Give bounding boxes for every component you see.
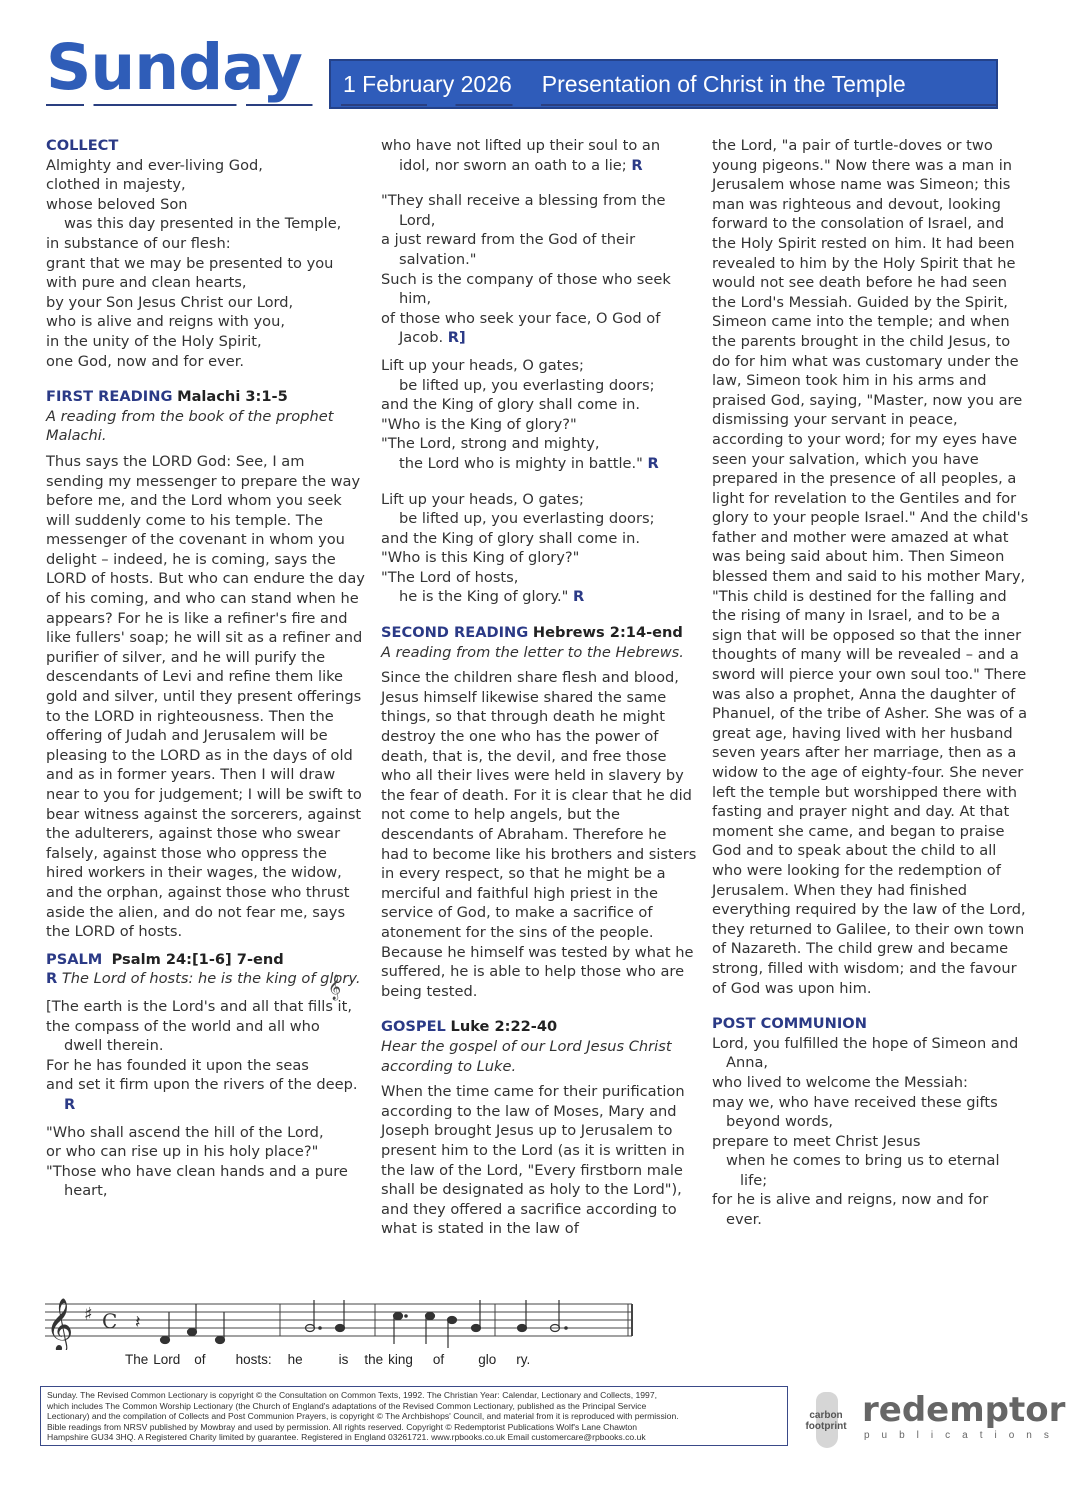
verse-line: with pure and clean hearts, (46, 273, 366, 293)
psalm-response: The Lord of hosts: he is the king of glo… (62, 970, 361, 987)
copyright-line: Sunday. The Revised Common Lectionary is… (47, 1390, 781, 1401)
svg-text:𝄞: 𝄞 (46, 1297, 73, 1350)
verse-line: who have not lifted up their soul to an (381, 136, 697, 156)
response-marker: R] (448, 329, 466, 346)
carbon-label: carbon footprint (800, 1410, 852, 1432)
lyric: hosts: (236, 1352, 272, 1367)
svg-text:𝄽: 𝄽 (135, 1312, 141, 1333)
second-reading-intro: A reading from the letter to the Hebrews… (381, 643, 697, 663)
carbon-footprint-icon: carbon footprint (800, 1396, 852, 1446)
prayer-line: beyond words, (712, 1112, 1030, 1132)
verse-line: Jacob. R] (381, 328, 697, 348)
verse-line: of those who seek your face, O God of (381, 309, 697, 329)
psalm-stanza-1: [The earth is the Lord's and all that fi… (46, 997, 366, 1095)
verse-line: a just reward from the God of their (381, 230, 697, 250)
verse-line: salvation." (381, 250, 697, 270)
lyric: Lord (153, 1352, 180, 1367)
copyright-line: Hampshire GU34 3HQ. A Registered Charity… (47, 1432, 781, 1443)
psalm-title: PSALM (46, 951, 102, 968)
psalm-stanza-4: Lift up your heads, O gates;be lifted up… (381, 356, 697, 474)
verse-line: and the King of glory shall come in. (381, 529, 697, 549)
brand-name: redemptorist (862, 1390, 1067, 1430)
verse-line: "Who is the King of glory?" (381, 415, 697, 435)
lyric: glo (478, 1352, 496, 1367)
verse-line: be lifted up, you everlasting doors; (381, 376, 697, 396)
verse-line: heart, (46, 1181, 366, 1201)
lyric: The (125, 1352, 148, 1367)
first-reading-intro: A reading from the book of the prophet M… (46, 407, 366, 446)
publisher-logo: carbon footprint redemptorist publicatio… (800, 1388, 1040, 1448)
svg-text:C: C (102, 1309, 117, 1333)
verse-line: "Who shall ascend the hill of the Lord, (46, 1123, 366, 1143)
verse-line: clothed in majesty, (46, 175, 366, 195)
first-reading-section: FIRST READING Malachi 3:1-5 A reading fr… (46, 387, 366, 942)
verse-line: the Lord who is mighty in battle." R (381, 454, 697, 474)
date-label: 1 February 2026 (343, 71, 512, 98)
post-communion-body: Lord, you fulfilled the hope of Simeon a… (712, 1034, 1030, 1230)
verse-line: be lifted up, you everlasting doors; (381, 509, 697, 529)
lyric: king (388, 1352, 413, 1367)
verse-line: Lord, (381, 211, 697, 231)
prayer-line: may we, who have received these gifts (712, 1093, 1030, 1113)
gospel-title: GOSPEL (381, 1018, 446, 1035)
collect-section: COLLECT Almighty and ever-living God,clo… (46, 136, 366, 371)
collect-body: Almighty and ever-living God,clothed in … (46, 156, 366, 372)
prayer-line: when he comes to bring us to eternal (712, 1151, 1030, 1171)
gospel-intro: Hear the gospel of our Lord Jesus Christ… (381, 1037, 697, 1076)
psalm-ref: Psalm 24:[1-6] 7-end (112, 951, 284, 968)
column-1: COLLECT Almighty and ever-living God,clo… (46, 136, 366, 1201)
verse-line: Lift up your heads, O gates; (381, 490, 697, 510)
verse-line: and set it firm upon the rivers of the d… (46, 1075, 366, 1095)
verse-line: [The earth is the Lord's and all that fi… (46, 997, 366, 1017)
response-marker: R (64, 1096, 75, 1113)
response-marker: R (648, 455, 659, 472)
prayer-line: prepare to meet Christ Jesus (712, 1132, 1030, 1152)
first-reading-title: FIRST READING (46, 388, 172, 405)
header-rule (46, 104, 998, 106)
verse-line: "Who is this King of glory?" (381, 548, 697, 568)
occasion-label: Presentation of Christ in the Temple (542, 71, 906, 98)
verse-line: Such is the company of those who seek (381, 270, 697, 290)
response-marker: R (631, 157, 642, 174)
first-reading-ref: Malachi 3:1-5 (177, 388, 288, 405)
verse-line: "Those who have clean hands and a pure (46, 1162, 366, 1182)
psalm-stanza-3: "They shall receive a blessing from theL… (381, 191, 697, 348)
copyright-footer: Sunday. The Revised Common Lectionary is… (40, 1386, 788, 1446)
music-lyrics: The Lord of hosts: he is the king of glo… (125, 1352, 530, 1367)
prayer-line: Anna, (712, 1053, 1030, 1073)
column-3: the Lord, "a pair of turtle-doves or two… (712, 136, 1030, 1230)
prayer-line: life; (712, 1171, 1030, 1191)
column-2: who have not lifted up their soul to ani… (381, 136, 697, 1239)
verse-line: and the King of glory shall come in. (381, 395, 697, 415)
psalm-stanza-5: Lift up your heads, O gates;be lifted up… (381, 490, 697, 608)
gospel-text-part2: the Lord, "a pair of turtle-doves or two… (712, 136, 1030, 998)
verse-line: dwell therein. (46, 1036, 366, 1056)
treble-clef-icon: 𝄞 (328, 975, 341, 1000)
lyric: is (339, 1352, 349, 1367)
prayer-line: for he is alive and reigns, now and for (712, 1190, 1030, 1210)
gospel-ref: Luke 2:22-40 (451, 1018, 558, 1035)
psalm-section: PSALM Psalm 24:[1-6] 7-end R The Lord of… (46, 950, 366, 1201)
second-reading-text: Since the children share flesh and blood… (381, 668, 697, 1001)
response-marker: R (573, 588, 584, 605)
page-header: Sunday 1 February 2026 Presentation of C… (46, 32, 998, 112)
gospel-text-part1: When the time came for their purificatio… (381, 1082, 697, 1239)
verse-line: in the unity of the Holy Spirit, (46, 332, 366, 352)
verse-line: whose beloved Son (46, 195, 366, 215)
psalm-stanza-2-cont: who have not lifted up their soul to ani… (381, 136, 697, 175)
svg-text:♯: ♯ (84, 1304, 93, 1325)
verse-line: he is the King of glory." R (381, 587, 697, 607)
gospel-section: GOSPEL Luke 2:22-40 Hear the gospel of o… (381, 1017, 697, 1239)
verse-line: Almighty and ever-living God, (46, 156, 366, 176)
prayer-line: who lived to welcome the Messiah: (712, 1073, 1030, 1093)
verse-line: "The Lord of hosts, (381, 568, 697, 588)
first-reading-text: Thus says the LORD God: See, I am sendin… (46, 452, 366, 942)
copyright-line: Bible readings from NRSV published by Mo… (47, 1422, 781, 1433)
lyric: he (288, 1352, 303, 1367)
second-reading-title: SECOND READING (381, 624, 528, 641)
verse-line: in substance of our flesh: (46, 234, 366, 254)
verse-line: Lift up your heads, O gates; (381, 356, 697, 376)
prayer-line: Lord, you fulfilled the hope of Simeon a… (712, 1034, 1030, 1054)
verse-line: or who can rise up in his holy place?" (46, 1142, 366, 1162)
second-reading-section: SECOND READING Hebrews 2:14-end A readin… (381, 623, 697, 1001)
copyright-line: Lectionary) and the compilation of Colle… (47, 1411, 781, 1422)
verse-line: the compass of the world and all who (46, 1017, 366, 1037)
psalm-stanza-2: "Who shall ascend the hill of the Lord,o… (46, 1123, 366, 1201)
staff-icon: 𝄞 ♯ C 𝄽 (40, 1290, 640, 1350)
brand-subtitle: publications (864, 1430, 1061, 1441)
verse-line: "The Lord, strong and mighty, (381, 434, 697, 454)
collect-title: COLLECT (46, 136, 366, 156)
lyric: of (433, 1352, 444, 1367)
lyric: ry. (516, 1352, 530, 1367)
verse-line: "They shall receive a blessing from the (381, 191, 697, 211)
verse-line: For he has founded it upon the seas (46, 1056, 366, 1076)
post-communion-title: POST COMMUNION (712, 1014, 1030, 1034)
response-marker: R (46, 970, 57, 987)
prayer-line: ever. (712, 1210, 1030, 1230)
verse-line: was this day presented in the Temple, (46, 214, 366, 234)
copyright-line: which includes The Common Worship Lectio… (47, 1401, 781, 1412)
second-reading-ref: Hebrews 2:14-end (533, 624, 683, 641)
verse-line: one God, now and for ever. (46, 352, 366, 372)
verse-line: who is alive and reigns with you, (46, 312, 366, 332)
verse-line: grant that we may be presented to you (46, 254, 366, 274)
lyric: the (364, 1352, 383, 1367)
verse-line: by your Son Jesus Christ our Lord, (46, 293, 366, 313)
lyric: of (194, 1352, 205, 1367)
verse-line: him, (381, 289, 697, 309)
day-title: Sunday (46, 28, 302, 108)
post-communion-section: POST COMMUNION Lord, you fulfilled the h… (712, 1014, 1030, 1230)
verse-line: idol, nor sworn an oath to a lie; R (381, 156, 697, 176)
date-banner: 1 February 2026 Presentation of Christ i… (329, 59, 998, 109)
